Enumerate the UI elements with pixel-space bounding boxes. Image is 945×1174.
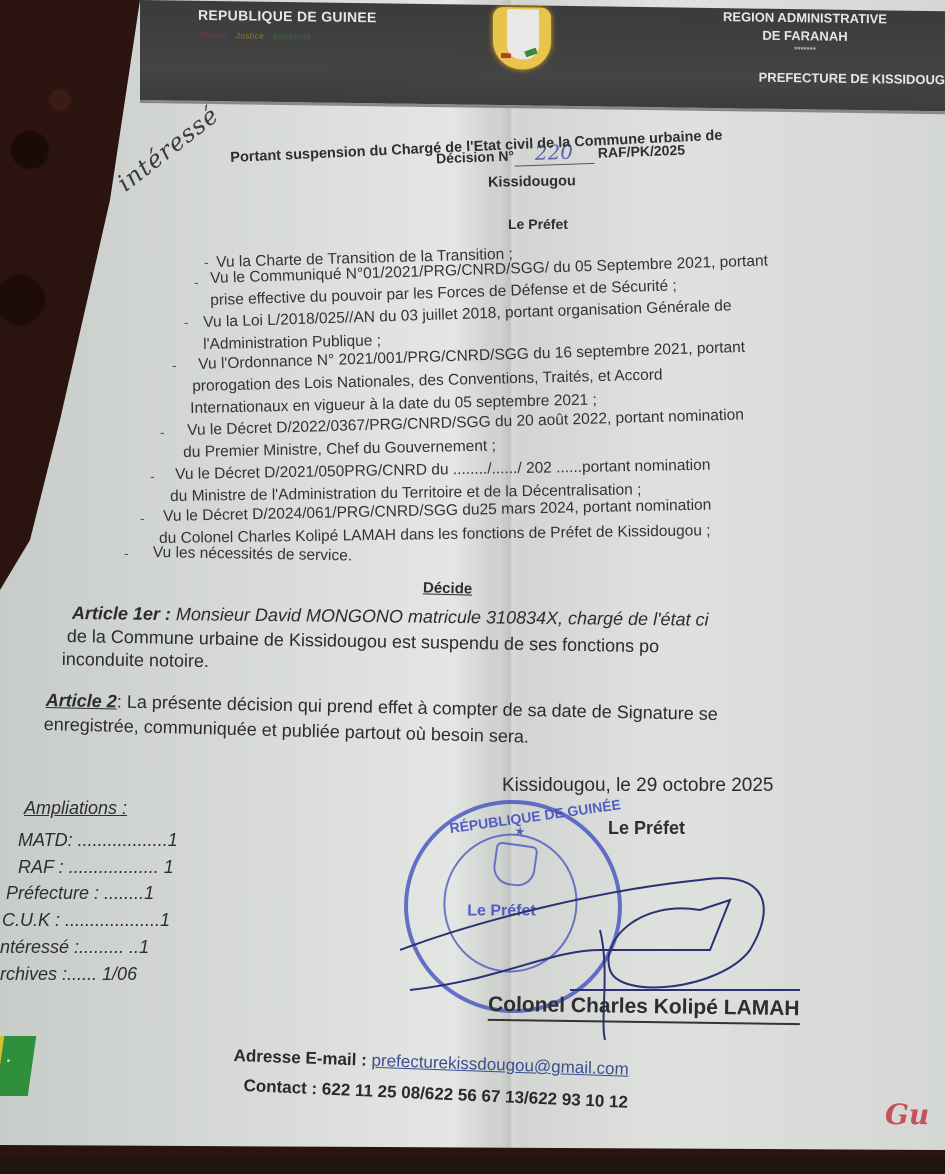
bullet: - bbox=[204, 254, 209, 270]
bullet: - bbox=[160, 424, 165, 440]
footer-contact: Contact : 622 11 25 08/622 56 67 13/622 … bbox=[243, 1076, 628, 1113]
decide-heading: Décide bbox=[423, 579, 473, 597]
ampliation-row: C.U.K : ...................1 bbox=[2, 910, 170, 931]
signatory-title: Le Préfet bbox=[608, 818, 685, 839]
consideration-item: Vu les nécessités de service. bbox=[153, 544, 353, 565]
signatory-name: Colonel Charles Kolipé LAMAH bbox=[488, 993, 800, 1025]
bullet: - bbox=[184, 314, 189, 330]
authority-heading: Le Préfet bbox=[508, 216, 568, 232]
email-link[interactable]: prefecturekissdougou@gmail.com bbox=[371, 1051, 629, 1079]
handwritten-annotation: intéressé bbox=[112, 101, 224, 197]
flag-stripe bbox=[0, 1036, 36, 1096]
bullet: - bbox=[194, 274, 199, 290]
national-motto: Travail - Justice - Solidarité bbox=[200, 31, 311, 42]
bullet: - bbox=[140, 510, 145, 526]
ampliations-heading: Ampliations : bbox=[24, 798, 127, 819]
bullet: - bbox=[172, 357, 177, 373]
ampliation-row: rchives :...... 1/06 bbox=[0, 964, 137, 985]
footer-corner-mark: Gu bbox=[885, 1098, 929, 1131]
footer-email: Adresse E-mail : prefecturekissdougou@gm… bbox=[233, 1046, 629, 1080]
ampliation-row: Préfecture : ........1 bbox=[6, 883, 154, 904]
decision-document: REPUBLIQUE DE GUINEE Travail - Justice -… bbox=[0, 0, 945, 1174]
contact-numbers: 622 11 25 08/622 56 67 13/622 93 10 12 bbox=[322, 1079, 629, 1111]
bullet: - bbox=[124, 545, 129, 561]
consideration-item-cont: du Premier Ministre, Chef du Gouvernemen… bbox=[183, 437, 496, 462]
ampliation-row: ntéressé :......... ..1 bbox=[0, 937, 149, 958]
bullet: - bbox=[150, 468, 155, 484]
place-and-date: Kissidougou, le 29 octobre 2025 bbox=[502, 775, 773, 797]
decision-title-cont: Kissidougou bbox=[488, 173, 576, 191]
prefecture-name: PREFECTURE DE KISSIDOUG bbox=[665, 67, 945, 89]
article-1: Article 1er : Monsieur David MONGONO mat… bbox=[72, 603, 709, 631]
article-2-label: Article 2 bbox=[46, 690, 117, 711]
consideration-item: Vu le Décret D/2021/050PRG/CNRD du .....… bbox=[175, 457, 711, 484]
country-name: REPUBLIQUE DE GUINEE bbox=[198, 7, 377, 25]
consideration-item-cont: du Colonel Charles Kolipé LAMAH dans les… bbox=[159, 522, 711, 548]
ampliation-row: MATD: ..................1 bbox=[18, 830, 178, 851]
star-icon: ★ bbox=[514, 824, 527, 839]
stamp-top-text: RÉPUBLIQUE DE GUINÉE bbox=[449, 796, 622, 836]
article-1-cont: inconduite notoire. bbox=[62, 649, 209, 672]
guinea-coat-of-arms-icon bbox=[493, 7, 551, 70]
ampliation-row: RAF : .................. 1 bbox=[18, 857, 174, 878]
region-block: REGION ADMINISTRATIVE DE FARANAH *******… bbox=[665, 7, 945, 89]
article-1-label: Article 1er : bbox=[72, 603, 171, 624]
letterhead: REPUBLIQUE DE GUINEE Travail - Justice -… bbox=[140, 0, 945, 114]
